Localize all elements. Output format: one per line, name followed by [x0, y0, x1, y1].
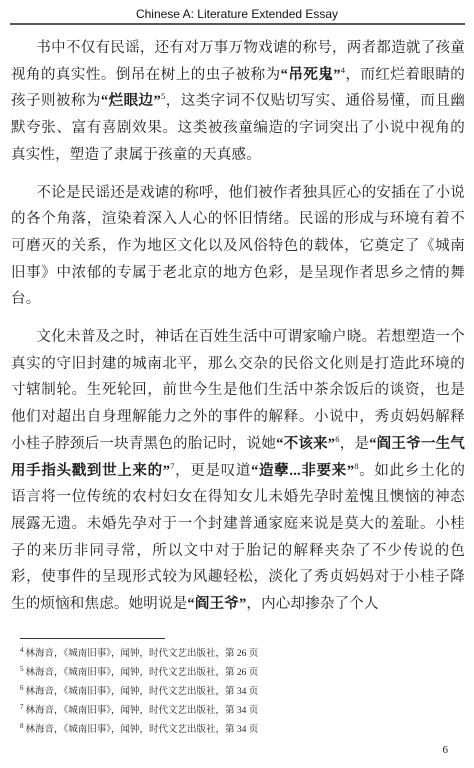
footnote-item: 4林海音，《城南旧事》，闻钟，时代文艺出版社，第 26 页	[20, 645, 454, 664]
footnote-marker: 8	[20, 722, 24, 730]
text-segment: ，更是叹道	[175, 463, 251, 479]
bold-quote: “不该来”	[276, 436, 335, 452]
footnote-item: 5林海音，《城南旧事》，闻钟，时代文艺出版社，第 26 页	[20, 664, 454, 683]
header-rule	[10, 23, 465, 25]
text-segment: 不论是民谣还是戏谑的称呼，他们被作者独具匠心的安插在了小说的各个角落，渲染着深入…	[11, 185, 465, 308]
text-segment: ，是	[340, 436, 370, 452]
footnotes-section: 4林海音，《城南旧事》，闻钟，时代文艺出版社，第 26 页5林海音，《城南旧事》…	[20, 638, 454, 740]
essay-paragraph-1: 书中不仅有民谣，还有对万事万物戏谑的称号，两者都造就了孩童视角的真实性。倒吊在树…	[11, 35, 465, 169]
footnote-separator	[20, 638, 165, 639]
footnote-item: 8林海音，《城南旧事》，闻钟，时代文艺出版社，第 34 页	[20, 721, 454, 740]
essay-body: 书中不仅有民谣，还有对万事万物戏谑的称号，两者都造就了孩童视角的真实性。倒吊在树…	[11, 35, 465, 618]
footnote-text: 林海音，《城南旧事》，闻钟，时代文艺出版社，第 34 页	[26, 687, 259, 697]
bold-quote: “阎王爷”	[187, 596, 246, 612]
essay-paragraph-2: 不论是民谣还是戏谑的称呼，他们被作者独具匠心的安插在了小说的各个角落，渲染着深入…	[11, 180, 465, 314]
bold-quote: “吊死鬼”	[281, 67, 341, 83]
footnote-text: 林海音，《城南旧事》，闻钟，时代文艺出版社，第 34 页	[26, 725, 259, 735]
footnote-item: 6林海音，《城南旧事》，闻钟，时代文艺出版社，第 34 页	[20, 683, 454, 702]
footnote-text: 林海音，《城南旧事》，闻钟，时代文艺出版社，第 26 页	[26, 668, 259, 678]
text-segment: 。如此乡土化的语言将一位传统的农村妇女在得知女儿未婚先孕时羞愧且懊恼的神态展露无…	[11, 463, 465, 613]
footnote-marker: 6	[20, 684, 24, 692]
bold-quote: “烂眼边”	[101, 93, 161, 109]
footnote-item: 7林海音，《城南旧事》，闻钟，时代文艺出版社，第 34 页	[20, 702, 454, 721]
footnote-marker: 4	[20, 646, 24, 654]
text-segment: ，内心却掺杂了个人	[246, 596, 378, 612]
document-page: Chinese A: Literature Extended Essay 书中不…	[0, 0, 474, 768]
footnote-list: 4林海音，《城南旧事》，闻钟，时代文艺出版社，第 26 页5林海音，《城南旧事》…	[20, 645, 454, 740]
page-header-title: Chinese A: Literature Extended Essay	[0, 0, 474, 21]
page-number: 6	[443, 744, 449, 756]
text-segment: 文化未普及之时，神话在百姓生活中可谓家喻户晓。若想塑造一个真实的守旧封建的城南北…	[11, 329, 465, 452]
footnote-text: 林海音，《城南旧事》，闻钟，时代文艺出版社，第 34 页	[26, 706, 259, 716]
essay-paragraph-3: 文化未普及之时，神话在百姓生活中可谓家喻户晓。若想塑造一个真实的守旧封建的城南北…	[11, 324, 465, 618]
footnote-marker: 5	[20, 665, 24, 673]
bold-quote: “造孽...非要来”	[251, 463, 354, 479]
footnote-marker: 7	[20, 703, 24, 711]
footnote-text: 林海音，《城南旧事》，闻钟，时代文艺出版社，第 26 页	[26, 649, 259, 659]
